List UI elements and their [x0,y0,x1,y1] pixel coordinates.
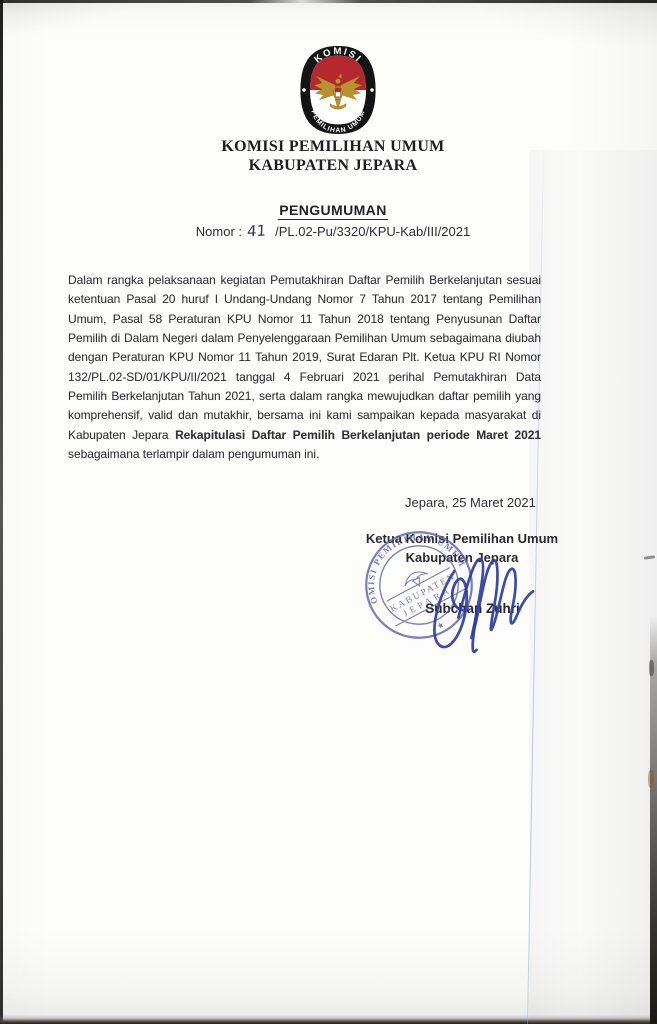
scan-edge-right [650,615,657,1024]
scan-edge-top [0,0,657,3]
body-line-text: Kabupaten Jepara [68,428,175,442]
number-text: /PL.02-Pu/3320/KPU-Kab/III/2021 [275,224,470,239]
org-name: KOMISI PEMILIHAN UMUM [133,137,533,156]
scan-edge-left [0,0,3,1024]
stamp-star-icon: ★ [435,620,446,631]
body-line: Kabupaten Jepara Rekapitulasi Daftar Pem… [68,428,541,447]
letter-body: Dalam rangka pelaksanaan kegiatan Pemuta… [68,273,541,466]
place-date: Jepara, 25 Maret 2021 [405,495,536,510]
body-line: komprehensif, valid dan mutakhir, bersam… [68,408,541,427]
body-line: Pemilih di Dalam Negeri dalam Penyelengg… [68,331,541,350]
signer-org: Kabupaten Jepara [352,549,572,568]
body-line-bold-text: Rekapitulasi Daftar Pemilih Berkelanjuta… [175,428,541,442]
body-line: Dalam rangka pelaksanaan kegiatan Pemuta… [68,273,541,292]
stamp-eagle-icon [401,567,428,586]
body-line: sebagaimana terlampir dalam pengumuman i… [68,447,541,466]
scan-speck [648,770,654,788]
scanned-letter-page: KOMISI PEMILIHAN UMUM KOMISI [0,0,657,1024]
org-region: KABUPATEN JEPARA [133,156,533,175]
stamp-eagle-body-icon [413,577,423,587]
body-line: Pemilih Berkelanjutan Tahun 2021, serta … [68,389,541,408]
scan-shade-right [529,150,657,1024]
letterhead: KOMISI PEMILIHAN UMUM KABUPATEN JEPARA [133,137,533,175]
garuda-shield-icon [335,88,340,97]
body-line: Umum, Pasal 58 Peraturan KPU Nomor 11 Ta… [68,312,541,331]
kpu-logo: KOMISI PEMILIHAN UMUM [298,45,378,135]
scan-speck [649,660,654,676]
signer-name: Subchan Zuhri [380,601,565,616]
announcement-title-block: PENGUMUMAN [133,202,533,220]
document-number-line: Nomor :41/PL.02-Pu/3320/KPU-Kab/III/2021 [133,222,533,240]
kpu-logo-graphic: KOMISI PEMILIHAN UMUM [298,45,378,135]
signer-title: Ketua Komisi Pemilihan Umum [352,530,572,549]
document-title: PENGUMUMAN [278,202,387,220]
signer-title-block: Ketua Komisi Pemilihan Umum Kabupaten Je… [352,530,572,567]
body-line: ketentuan Pasal 20 huruf I Undang-Undang… [68,292,541,311]
number-label: Nomor : [196,224,242,239]
handwritten-number: 41 [246,222,266,241]
body-line: 132/PL.02-SD/01/KPU/II/2021 tanggal 4 Fe… [68,370,541,389]
body-line: dengan Peraturan KPU Nomor 11 Tahun 2019… [68,350,541,369]
